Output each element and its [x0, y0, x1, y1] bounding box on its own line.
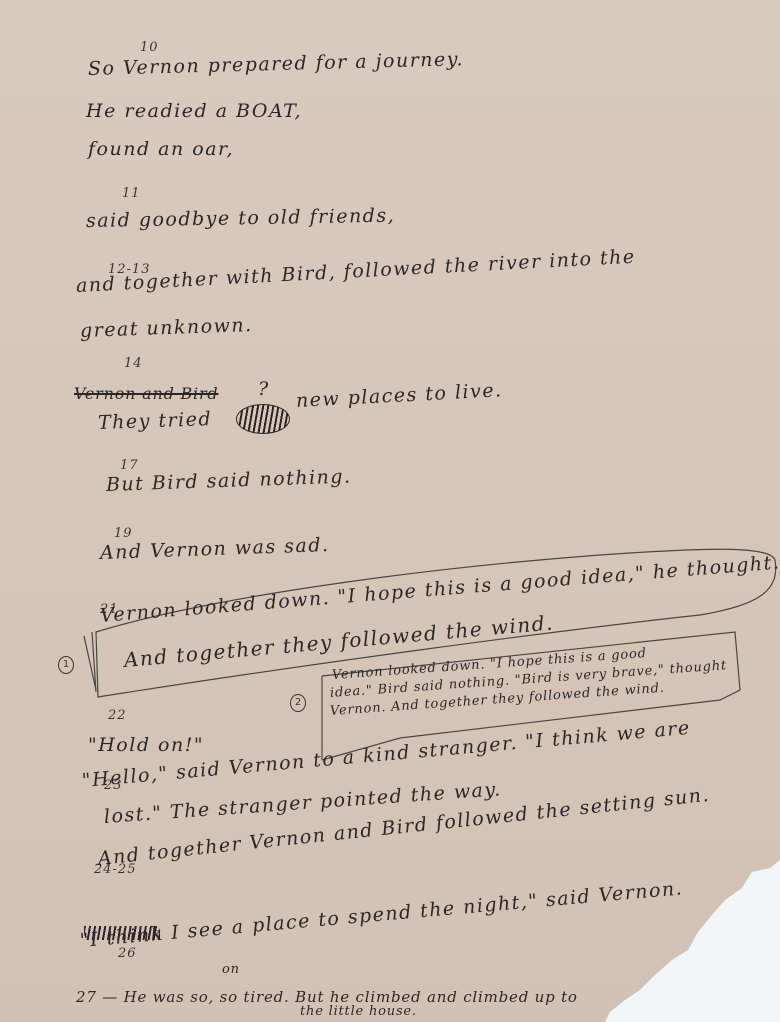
manuscript-line: But Bird said nothing. — [106, 465, 352, 496]
manuscript-line: "Hold on!" — [88, 734, 204, 756]
page-number: 17 — [120, 458, 139, 473]
manuscript-line: And Vernon was sad. — [100, 534, 330, 564]
option-2-marker: 2 — [290, 694, 306, 712]
page-number: 10 — [140, 40, 159, 55]
manuscript-line: They tried — [98, 408, 213, 434]
page-number: 11 — [122, 186, 141, 201]
manuscript-line: the little house. — [300, 1004, 417, 1019]
page-number: 22 — [108, 708, 127, 723]
manuscript-line: new places to live. — [295, 379, 503, 412]
manuscript-insert: on — [222, 962, 240, 977]
manuscript-line: "I think I see a place to spend the nigh… — [79, 877, 684, 952]
manuscript-line: found an oar, — [88, 138, 234, 160]
manuscript-line: He readied a BOAT, — [86, 100, 302, 122]
page-number: 19 — [114, 526, 133, 541]
manuscript-line: Vernon looked down. "I hope this is a go… — [99, 552, 780, 627]
struck-text: Vernon and Bird — [74, 384, 218, 403]
page-number: 14 — [124, 356, 143, 371]
scribbled-word — [236, 404, 290, 434]
manuscript-line: said goodbye to old friends, — [86, 205, 396, 232]
query-mark: ? — [258, 378, 270, 400]
option-1-marker: 1 — [58, 656, 74, 674]
manuscript-line: and together with Bird, followed the riv… — [75, 246, 636, 297]
manuscript-line: great unknown. — [80, 314, 253, 342]
manuscript-page: 10 So Vernon prepared for a journey. He … — [0, 0, 780, 1022]
